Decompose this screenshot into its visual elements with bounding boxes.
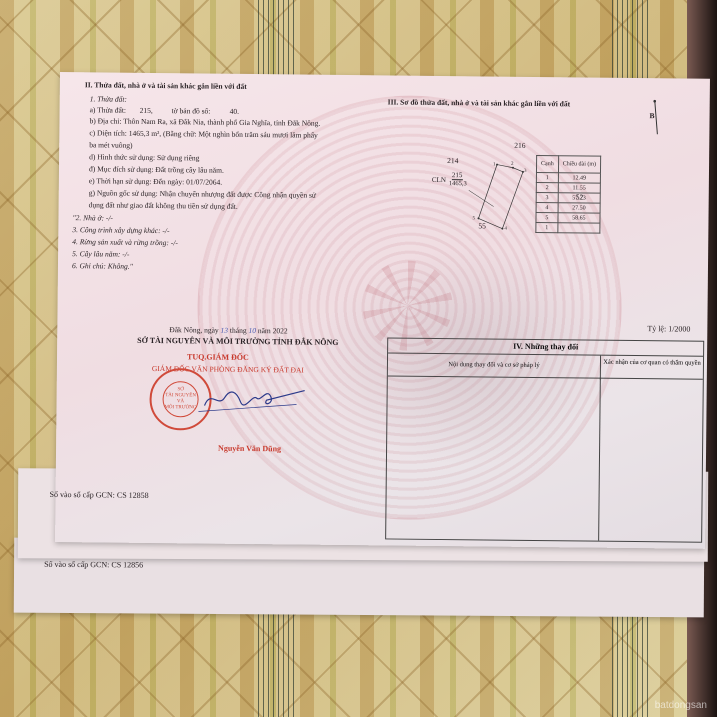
usage-term: e) Thời hạn sử dụng: Đến ngày: 01/07/206… xyxy=(89,176,222,186)
table-row: 357.73 xyxy=(536,192,600,203)
usage-purpose: đ) Mục đích sử dụng: Đất trồng cây lâu n… xyxy=(89,164,224,174)
changes-table: IV. Những thay đổi Nội dung thay đổi và … xyxy=(385,337,704,542)
edge-col-header: Cạnh xyxy=(536,155,558,172)
usage-form: d) Hình thức sử dụng: Sử dụng riêng xyxy=(89,152,199,162)
parcel-area-diagram: 1465,3 xyxy=(449,180,467,187)
parcel-number-diagram: 215 xyxy=(452,171,463,180)
parcel-number: 215, xyxy=(140,106,153,115)
note-item: 6. Ghi chú: Không." xyxy=(72,261,133,271)
vertex-3: 3 xyxy=(524,169,527,174)
registry-number-underlying: Số vào sổ cấp GCN: CS 12856 xyxy=(44,560,143,570)
registry-number-main: Số vào sổ cấp GCN: CS 12858 xyxy=(50,490,149,500)
item1-label: 1. Thửa đất: xyxy=(90,94,127,103)
map-scale: Tỷ lệ: 1/2000 xyxy=(647,324,690,333)
forest-item: 4. Rừng sản xuất và rừng trồng: -/- xyxy=(72,237,178,247)
section2-title: II. Thửa đất, nhà ở và tài sản khác gắn … xyxy=(85,80,247,91)
perennial-item: 5. Cây lâu năm: -/- xyxy=(72,249,129,259)
vertex-2: 2 xyxy=(511,162,514,167)
area-line2: ba mét vuông) xyxy=(89,140,132,149)
address: b) Địa chỉ: Thôn Nam Ra, xã Đắk Nia, thà… xyxy=(89,116,320,127)
changes-col-confirmation: Xác nhận của cơ quan có thẩm quyền xyxy=(600,356,703,381)
table-row: 112.49 xyxy=(536,172,600,183)
map-sheet-label: tờ bản đồ số: xyxy=(172,106,211,115)
neighbor-left: 214 xyxy=(447,156,458,165)
parcel-label: a) Thửa đất: xyxy=(90,105,127,114)
drum-star-icon xyxy=(362,260,453,351)
table-row: 427.50 xyxy=(536,202,600,213)
origin-line2: dụng đất như giao đất không thu tiền sử … xyxy=(89,200,238,211)
land-certificate-page: II. Thửa đất, nhà ở và tài sản khác gắn … xyxy=(55,72,710,549)
neighbor-top: 216 xyxy=(514,141,525,150)
issuing-agency: SỞ TÀI NGUYÊN VÀ MÔI TRƯỜNG TỈNH ĐẮK NÔN… xyxy=(137,336,338,347)
section3-title: III. Sơ đồ thửa đất, nhà ở và tài sản kh… xyxy=(388,97,571,108)
edge-length-table: Cạnh Chiều dài (m) 112.49 211.55 357.73 … xyxy=(535,155,601,234)
signer-name: Nguyễn Văn Dũng xyxy=(218,444,281,454)
area-line1: c) Diện tích: 1465,3 m², (Bằng chữ: Một … xyxy=(89,128,318,139)
vertex-4: 4 xyxy=(504,227,507,232)
neighbor-bottom: 55 xyxy=(478,221,486,230)
house-item: "2. Nhà ở: -/- xyxy=(72,213,113,222)
north-label: B xyxy=(650,111,655,120)
parcel-use-code: CLN xyxy=(432,176,446,184)
section4-title: IV. Những thay đổi xyxy=(388,338,703,356)
column-divider xyxy=(598,378,601,541)
table-row: 558.65 xyxy=(536,212,600,223)
length-col-header: Chiều dài (m) xyxy=(558,156,601,173)
signer-title-1: TUQ.GIÁM ĐỐC xyxy=(187,352,249,362)
map-sheet-number: 40. xyxy=(230,107,239,116)
issue-month: 10 xyxy=(248,326,256,335)
vertex-1: 1 xyxy=(493,163,496,168)
signature xyxy=(196,383,306,414)
issue-day: 13 xyxy=(221,326,229,335)
vertex-5: 5 xyxy=(472,216,475,221)
origin-line1: g) Nguồn gốc sử dụng: Nhận chuyển nhượng… xyxy=(89,188,316,199)
other-construction-item: 3. Công trình xây dựng khác: -/- xyxy=(72,225,169,235)
table-row: 211.55 xyxy=(536,182,600,193)
issue-date: Đắk Nông, ngày 13 tháng 10 năm 2022 xyxy=(169,325,287,335)
changes-col-content: Nội dung thay đổi và cơ sở pháp lý xyxy=(388,353,600,377)
table-row: 1 xyxy=(536,222,600,233)
site-watermark: batdongsan xyxy=(655,700,707,711)
